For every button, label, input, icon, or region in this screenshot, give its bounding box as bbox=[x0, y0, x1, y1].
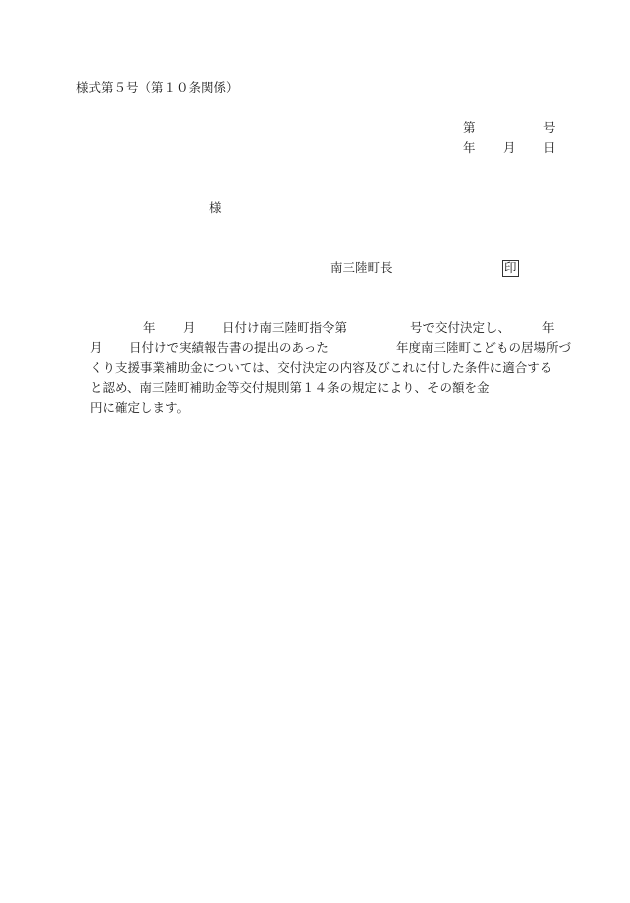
addressee-honorific: 様 bbox=[209, 202, 222, 215]
date-day: 日 bbox=[543, 142, 556, 155]
body-line1-month: 月 bbox=[183, 322, 196, 335]
body-line1-text-b: 号で交付決定し、 bbox=[410, 322, 510, 335]
date-month: 月 bbox=[503, 142, 516, 155]
body-line1-year2: 年 bbox=[542, 322, 555, 335]
body-line5: 円に確定します。 bbox=[90, 402, 189, 415]
body-line4: と認め、南三陸町補助金等交付規則第１４条の規定により、その額を金 bbox=[90, 382, 490, 395]
body-line1-year: 年 bbox=[143, 322, 156, 335]
document-number-suffix: 号 bbox=[543, 122, 556, 135]
body-line2-month: 月 bbox=[90, 342, 103, 355]
form-header: 様式第５号（第１０条関係） bbox=[76, 82, 239, 95]
body-line2-text-a: 日付けで実績報告書の提出のあった bbox=[129, 342, 329, 355]
issuer-title: 南三陸町長 bbox=[330, 262, 393, 275]
seal-mark: 印 bbox=[502, 260, 519, 277]
document-number-prefix: 第 bbox=[463, 122, 476, 135]
body-line1-text-a: 日付け南三陸町指令第 bbox=[222, 322, 347, 335]
body-line3: くり支援事業補助金については、交付決定の内容及びこれに付した条件に適合する bbox=[90, 362, 552, 375]
issuer-seal: 印 bbox=[502, 260, 519, 277]
date-year: 年 bbox=[463, 142, 476, 155]
body-line2-text-b: 年度南三陸町こどもの居場所づ bbox=[396, 342, 571, 355]
